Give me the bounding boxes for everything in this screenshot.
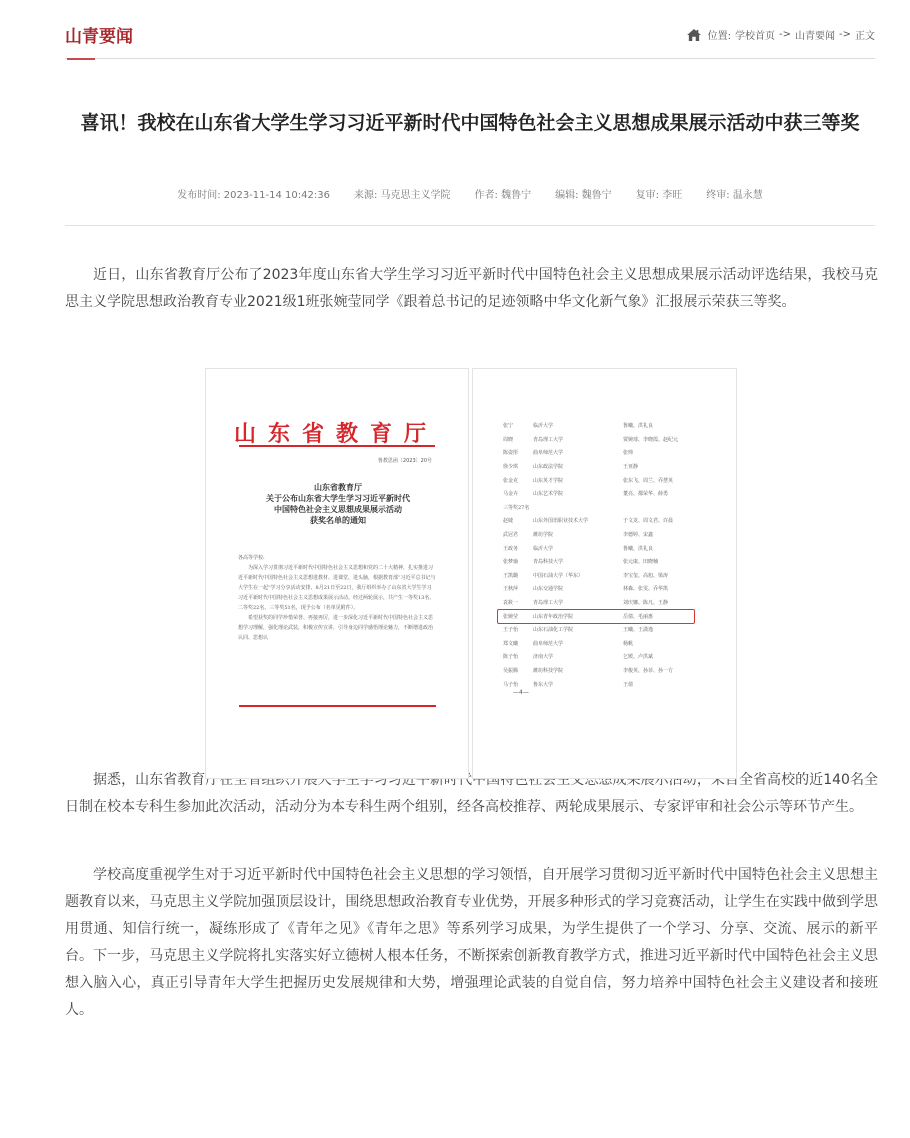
doc-salutation: 各高等学校: <box>238 553 436 563</box>
winner-school: 临沂大学 <box>533 545 623 552</box>
winner-name: 吴振腾 <box>503 667 533 674</box>
doc-subtitle-line: 关于公布山东省大学生学习习近平新时代 <box>226 493 450 504</box>
article-meta: 发布时间: 2023-11-14 10:42:36 来源: 马克思主义学院 作者… <box>65 186 875 201</box>
winner-school: 山东艺术学院 <box>533 490 623 497</box>
breadcrumb-section-link[interactable]: 山青要闻 <box>795 27 835 42</box>
winner-row: 三等奖27名 <box>503 501 713 515</box>
doc-subtitle-line: 中国特色社会主义思想成果展示活动 <box>226 504 450 515</box>
doc-subtitle: 山东省教育厅 关于公布山东省大学生学习习近平新时代 中国特色社会主义思想成果展示… <box>226 482 450 526</box>
winner-school: 山东外国语职业技术大学 <box>533 517 623 524</box>
winner-advisors: 鲁曦、洪礼良 <box>623 422 713 429</box>
winner-name: 张梦瑜 <box>503 558 533 565</box>
article-editor: 编辑: 魏鲁宁 <box>555 186 612 201</box>
winner-school: 临沂大学 <box>533 422 623 429</box>
article-final-reviewer: 终审: 温永慧 <box>706 186 763 201</box>
winner-name: 郑文曦 <box>503 640 533 647</box>
winner-row: 袁筱一青岛理工大学刘庆娜、陈凡、王静 <box>503 596 713 610</box>
doc-body: 各高等学校: 为深入学习贯彻习近平新时代中国特色社会主义思想和党的二十大精神，扎… <box>238 553 436 643</box>
doc-subtitle-line: 山东省教育厅 <box>226 482 450 493</box>
home-icon <box>687 29 701 41</box>
winner-name: 张金克 <box>503 477 533 484</box>
winner-list: 张宁临沂大学鲁曦、洪礼良周晓青岛理工大学贾婉琦、李晓霞、赵纪元陈姿彤曲阜师范大学… <box>503 419 713 691</box>
doc-subtitle-line: 获奖名单的通知 <box>226 515 450 526</box>
winner-school: 中国石油大学（华东） <box>533 572 623 579</box>
article-reviewer: 复审: 李旺 <box>636 186 683 201</box>
paragraph: 近日，山东省教育厅公布了2023年度山东省大学生学习习近平新时代中国特色社会主义… <box>65 262 878 316</box>
winner-name: 王子怡 <box>503 626 533 633</box>
winner-school: 山东石油化工学院 <box>533 626 623 633</box>
winner-name: 陈子怡 <box>503 653 533 660</box>
winner-advisors: 张帅 <box>623 449 713 456</box>
document-images: 山东省教育厅 鲁教思函〔2023〕20号 山东省教育厅 关于公布山东省大学生学习… <box>205 368 737 779</box>
winner-advisors: 杨帆 <box>623 640 713 647</box>
winner-row: 赵婕山东外国语职业技术大学于文龙、周文君、许晨 <box>503 514 713 528</box>
winner-row: 周晓青岛理工大学贾婉琦、李晓霞、赵纪元 <box>503 433 713 447</box>
winner-school: 山东交通学院 <box>533 585 623 592</box>
winner-row: 马子怡鲁东大学王倩 <box>503 677 713 691</box>
winner-row: 王子怡山东石油化工学院王曦、王潇逸 <box>503 623 713 637</box>
publish-time: 发布时间: 2023-11-14 10:42:36 <box>177 186 330 201</box>
winner-advisors: 王曦、王潇逸 <box>623 626 713 633</box>
doc-body-paragraph: 为深入学习贯彻习近平新时代中国特色社会主义思想和党的二十大精神，扎实推进习近平新… <box>238 563 436 613</box>
document-page-winner-list[interactable]: 张宁临沂大学鲁曦、洪礼良周晓青岛理工大学贾婉琦、李晓霞、赵纪元陈姿彤曲阜师范大学… <box>472 368 737 779</box>
winner-advisors: 董亮、都荣华、薛勇 <box>623 490 713 497</box>
winner-row: 马金卉山东艺术学院董亮、都荣华、薛勇 <box>503 487 713 501</box>
winner-name: 张婉莹 <box>503 613 533 620</box>
winner-name: 马子怡 <box>503 681 533 688</box>
winner-school: 济南大学 <box>533 653 623 660</box>
winner-name: 袁筱一 <box>503 599 533 606</box>
winner-name: 武冠君 <box>503 531 533 538</box>
header-accent-bar <box>67 58 95 60</box>
winner-school: 青岛科技大学 <box>533 558 623 565</box>
winner-name: 徐少琪 <box>503 463 533 470</box>
breadcrumb-current: 正文 <box>855 27 875 42</box>
winner-school: 山东政法学院 <box>533 463 623 470</box>
article-source: 来源: 马克思主义学院 <box>354 186 451 201</box>
winner-name: 张宁 <box>503 422 533 429</box>
article-author: 作者: 魏鲁宁 <box>475 186 532 201</box>
winner-school: 青岛理工大学 <box>533 599 623 606</box>
winner-row: 陈姿彤曲阜师范大学张帅 <box>503 446 713 460</box>
winner-advisors: 岳倩、毛丽惠 <box>623 613 713 620</box>
winner-advisors: 李德婷、宋鑫 <box>623 531 713 538</box>
page-number: —4— <box>513 689 529 696</box>
winner-school: 潍坊学院 <box>533 531 623 538</box>
paragraph: 学校高度重视学生对于习近平新时代中国特色社会主义思想的学习领悟，自开展学习贯彻习… <box>65 862 878 1024</box>
breadcrumb-prefix: 位置: <box>708 27 731 42</box>
breadcrumb-separator: -> <box>839 29 851 40</box>
winner-row: 武冠君潍坊学院李德婷、宋鑫 <box>503 528 713 542</box>
winner-school: 曲阜师范大学 <box>533 449 623 456</box>
article-title: 喜讯！我校在山东省大学生学习习近平新时代中国特色社会主义思想成果展示活动中获三等… <box>65 108 875 138</box>
breadcrumb: 位置: 学校首页 -> 山青要闻 -> 正文 <box>687 27 875 42</box>
winner-school: 山东英才学院 <box>533 477 623 484</box>
winner-advisors: 张元康、田晓楠 <box>623 558 713 565</box>
winner-name: 王秋萍 <box>503 585 533 592</box>
winner-advisors: 于文龙、周文君、许晨 <box>623 517 713 524</box>
winner-row: 张梦瑜青岛科技大学张元康、田晓楠 <box>503 555 713 569</box>
document-page-notice[interactable]: 山东省教育厅 鲁教思函〔2023〕20号 山东省教育厅 关于公布山东省大学生学习… <box>205 368 469 779</box>
winner-row: 王秋萍山东交通学院林森、张雯、乔华凯 <box>503 582 713 596</box>
page-header: 山青要闻 位置: 学校首页 -> 山青要闻 -> 正文 <box>65 0 875 60</box>
winner-advisors: 林森、张雯、乔华凯 <box>623 585 713 592</box>
meta-divider <box>65 225 875 226</box>
winner-advisors: 张东飞、周兰、乔慧英 <box>623 477 713 484</box>
winner-advisors: 乞媛、卢洪斌 <box>623 653 713 660</box>
breadcrumb-separator: -> <box>779 29 791 40</box>
winner-row: 郑文曦曲阜师范大学杨帆 <box>503 637 713 651</box>
doc-red-line-bottom <box>239 705 436 707</box>
winner-advisors: 王亚静 <box>623 463 713 470</box>
winner-name: 三等奖27名 <box>503 504 578 511</box>
winner-row-highlighted: 张婉莹山东青年政治学院岳倩、毛丽惠 <box>503 609 713 623</box>
doc-red-line <box>239 445 435 447</box>
winner-name: 周晓 <box>503 436 533 443</box>
winner-advisors: 鲁曦、洪礼良 <box>623 545 713 552</box>
winner-name: 陈姿彤 <box>503 449 533 456</box>
winner-row: 徐少琪山东政法学院王亚静 <box>503 460 713 474</box>
breadcrumb-home-link[interactable]: 学校首页 <box>735 27 775 42</box>
winner-row: 吴振腾潍坊科技学院李俊英、孙菲、孙一方 <box>503 664 713 678</box>
winner-advisors: 李俊英、孙菲、孙一方 <box>623 667 713 674</box>
winner-advisors: 贾婉琦、李晓霞、赵纪元 <box>623 436 713 443</box>
doc-body-paragraph: 希望获奖的同学珍惜荣誉、再接再厉，进一步深化习近平新时代中国特色社会主义思想学习… <box>238 613 436 643</box>
winner-row: 王凯璐中国石油大学（华东）李宝玺、高旭、梁涛 <box>503 569 713 583</box>
section-title[interactable]: 山青要闻 <box>65 22 133 47</box>
header-divider <box>65 58 875 59</box>
winner-name: 王凯璐 <box>503 572 533 579</box>
winner-school: 青岛理工大学 <box>533 436 623 443</box>
winner-row: 张金克山东英才学院张东飞、周兰、乔慧英 <box>503 473 713 487</box>
winner-advisors: 刘庆娜、陈凡、王静 <box>623 599 713 606</box>
winner-school: 鲁东大学 <box>533 681 623 688</box>
doc-number: 鲁教思函〔2023〕20号 <box>378 457 432 464</box>
winner-row: 陈子怡济南大学乞媛、卢洪斌 <box>503 650 713 664</box>
winner-school: 山东青年政治学院 <box>533 613 623 620</box>
winner-row: 王政务临沂大学鲁曦、洪礼良 <box>503 541 713 555</box>
winner-school: 曲阜师范大学 <box>533 640 623 647</box>
doc-letterhead: 山东省教育厅 <box>234 417 438 448</box>
winner-name: 赵婕 <box>503 517 533 524</box>
winner-advisors: 王倩 <box>623 681 713 688</box>
winner-name: 王政务 <box>503 545 533 552</box>
winner-school: 潍坊科技学院 <box>533 667 623 674</box>
winner-row: 张宁临沂大学鲁曦、洪礼良 <box>503 419 713 433</box>
winner-advisors: 李宝玺、高旭、梁涛 <box>623 572 713 579</box>
winner-name: 马金卉 <box>503 490 533 497</box>
